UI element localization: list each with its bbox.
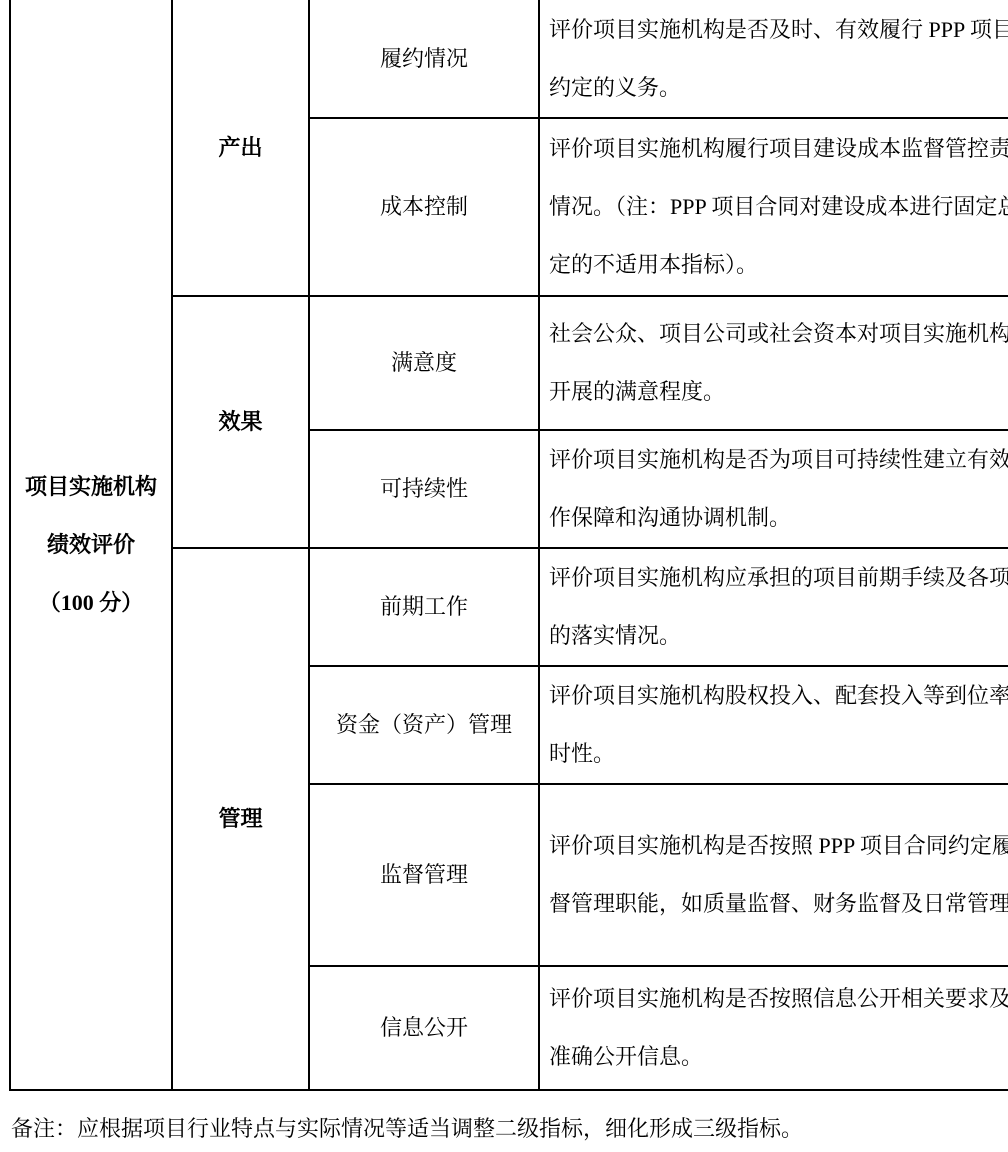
indicator-cell: 成本控制 xyxy=(309,118,539,296)
category-line-2: 绩效评价 xyxy=(15,516,167,574)
indicator-cell: 前期工作 xyxy=(309,548,539,666)
description-cell: 评价项目实施机构股权投入、配套投入等到位率和及时性。 xyxy=(539,666,1008,784)
indicator-cell: 监督管理 xyxy=(309,784,539,966)
document-page: { "page": { "category": { "line1": "项目实施… xyxy=(0,0,1008,1152)
indicator-cell: 资金（资产）管理 xyxy=(309,666,539,784)
section-cell-effect: 效果 xyxy=(172,296,309,548)
category-cell: 项目实施机构 绩效评价 （100 分） xyxy=(10,0,172,1090)
indicator-cell: 可持续性 xyxy=(309,430,539,548)
indicator-cell: 信息公开 xyxy=(309,966,539,1090)
description-cell: 社会公众、项目公司或社会资本对项目实施机构工作开展的满意程度。 xyxy=(539,296,1008,430)
evaluation-table: 项目实施机构 绩效评价 （100 分） 产出 履约情况 评价项目实施机构是否及时… xyxy=(9,0,1008,1091)
description-cell: 评价项目实施机构是否按照 PPP 项目合同约定履行监督管理职能，如质量监督、财务… xyxy=(539,784,1008,966)
category-line-3: （100 分） xyxy=(15,574,167,632)
category-line-1: 项目实施机构 xyxy=(15,458,167,516)
description-cell: 评价项目实施机构履行项目建设成本监督管控责任的情况。（注：PPP 项目合同对建设… xyxy=(539,118,1008,296)
description-cell: 评价项目实施机构是否及时、有效履行 PPP 项目合同约定的义务。 xyxy=(539,0,1008,118)
description-cell: 评价项目实施机构应承担的项目前期手续及各项工作的落实情况。 xyxy=(539,548,1008,666)
indicator-cell: 履约情况 xyxy=(309,0,539,118)
footnote: 备注：应根据项目行业特点与实际情况等适当调整二级指标，细化形成三级指标。 xyxy=(11,1113,1008,1145)
description-cell: 评价项目实施机构是否为项目可持续性建立有效的工作保障和沟通协调机制。 xyxy=(539,430,1008,548)
section-cell-management: 管理 xyxy=(172,548,309,1090)
section-cell-output: 产出 xyxy=(172,0,309,296)
description-cell: 评价项目实施机构是否按照信息公开相关要求及时、准确公开信息。 xyxy=(539,966,1008,1090)
indicator-cell: 满意度 xyxy=(309,296,539,430)
